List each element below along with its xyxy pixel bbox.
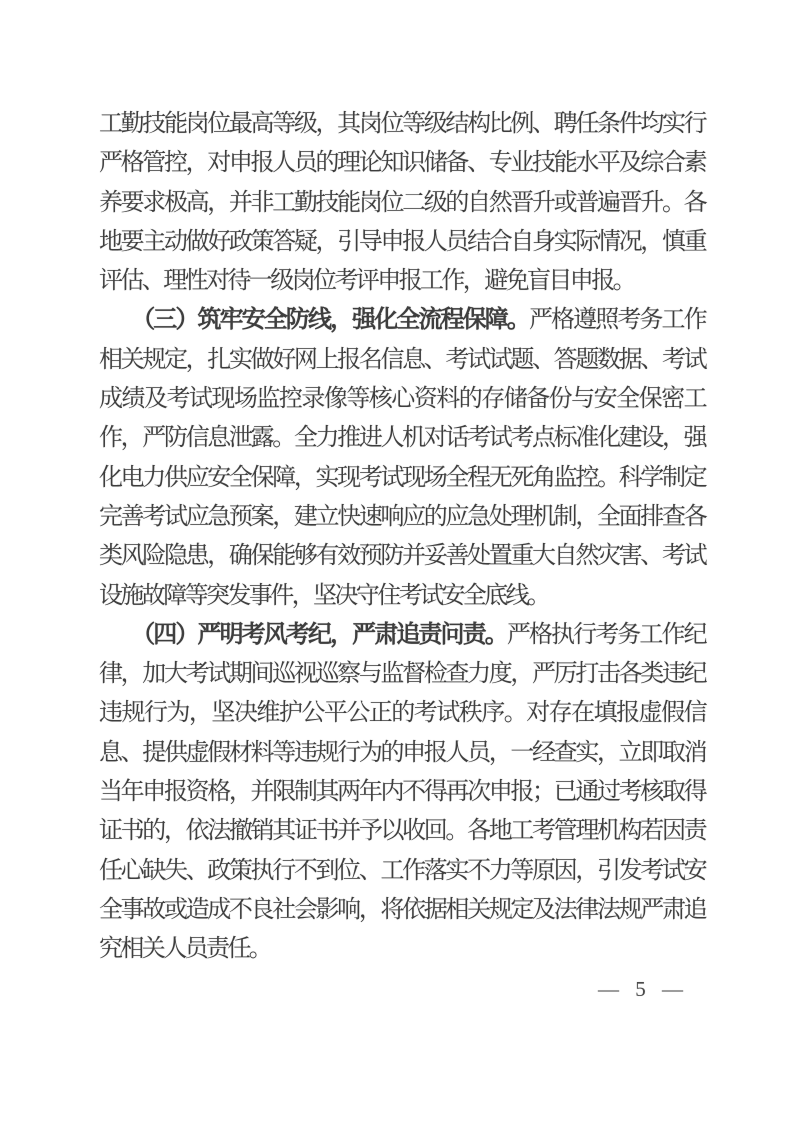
text-line-section-3-heading: （三）筑牢安全防线，强化全流程保障。严格遵照考务工作 xyxy=(99,301,705,340)
text-line: 证书的，依法撤销其证书并予以收回。各地工考管理机构若因责 xyxy=(99,812,705,851)
document-page: 工勤技能岗位最高等级，其岗位等级结构比例、聘任条件均实行 严格管控，对申报人员的… xyxy=(0,0,800,1131)
line-text: 证书的，依法撤销其证书并予以收回。各地工考管理机构若因责 xyxy=(99,818,705,844)
line-text: 究相关人员责任。 xyxy=(99,936,270,962)
line-text: 化电力供应安全保障，实现考试现场全程无死角监控。科学制定 xyxy=(99,465,705,491)
text-line: 工勤技能岗位最高等级，其岗位等级结构比例、聘任条件均实行 xyxy=(99,105,705,144)
line-text: 成绩及考试现场监控录像等核心资料的存储备份与安全保密工 xyxy=(99,386,705,412)
text-line: 全事故或造成不良社会影响，将依据相关规定及法律法规严肃追 xyxy=(99,891,705,930)
document-body: 工勤技能岗位最高等级，其岗位等级结构比例、聘任条件均实行 严格管控，对申报人员的… xyxy=(99,105,705,970)
line-text: 地要主动做好政策答疑，引导申报人员结合自身实际情况，慎重 xyxy=(99,229,705,255)
line-text: 严格管控，对申报人员的理论知识储备、专业技能水平及综合素 xyxy=(99,150,705,176)
paragraph-lead: （四）严明考风考纪，严肃追责问责。 xyxy=(99,622,507,648)
line-text: 违规行为，坚决维护公平公正的考试秩序。对存在填报虚假信 xyxy=(99,700,705,726)
text-line: 作，严防信息泄露。全力推进人机对话考试考点标准化建设，强 xyxy=(99,419,705,458)
line-text: 作，严防信息泄露。全力推进人机对话考试考点标准化建设，强 xyxy=(99,425,705,451)
paragraph-lead: （三）筑牢安全防线，强化全流程保障。 xyxy=(99,307,529,333)
line-text: 全事故或造成不良社会影响，将依据相关规定及法律法规严肃追 xyxy=(99,897,705,923)
text-line: 相关规定，扎实做好网上报名信息、考试试题、答题数据、考试 xyxy=(99,341,705,380)
text-line: 类风险隐患，确保能够有效预防并妥善处置重大自然灾害、考试 xyxy=(99,537,705,576)
line-text: 当年申报资格，并限制其两年内不得再次申报；已通过考核取得 xyxy=(99,779,705,805)
page-number: — 5 — xyxy=(598,977,688,1001)
text-line: 完善考试应急预案，建立快速响应的应急处理机制，全面排查各 xyxy=(99,498,705,537)
line-text: 律，加大考试期间巡视巡察与监督检查力度，严厉打击各类违纪 xyxy=(99,661,705,687)
line-text: 完善考试应急预案，建立快速响应的应急处理机制，全面排查各 xyxy=(99,504,705,530)
text-line: 当年申报资格，并限制其两年内不得再次申报；已通过考核取得 xyxy=(99,773,705,812)
text-line: 养要求极高，并非工勤技能岗位二级的自然晋升或普遍晋升。各 xyxy=(99,184,705,223)
text-line: 评估、理性对待一级岗位考评申报工作，避免盲目申报。 xyxy=(99,262,705,301)
line-text: 任心缺失、政策执行不到位、工作落实不力等原因，引发考试安 xyxy=(99,858,705,884)
line-text: 相关规定，扎实做好网上报名信息、考试试题、答题数据、考试 xyxy=(99,347,705,373)
line-text: 工勤技能岗位最高等级，其岗位等级结构比例、聘任条件均实行 xyxy=(99,111,705,137)
line-text: 严格执行考务工作纪 xyxy=(507,622,705,648)
text-line-section-4-heading: （四）严明考风考纪，严肃追责问责。严格执行考务工作纪 xyxy=(99,616,705,655)
text-line: 息、提供虚假材料等违规行为的申报人员，一经查实，立即取消 xyxy=(99,734,705,773)
text-line: 严格管控，对申报人员的理论知识储备、专业技能水平及综合素 xyxy=(99,144,705,183)
line-text: 养要求极高，并非工勤技能岗位二级的自然晋升或普遍晋升。各 xyxy=(99,190,705,216)
text-line: 地要主动做好政策答疑，引导申报人员结合自身实际情况，慎重 xyxy=(99,223,705,262)
line-text: 严格遵照考务工作 xyxy=(529,307,705,333)
text-line: 成绩及考试现场监控录像等核心资料的存储备份与安全保密工 xyxy=(99,380,705,419)
text-line: 任心缺失、政策执行不到位、工作落实不力等原因，引发考试安 xyxy=(99,852,705,891)
text-line: 化电力供应安全保障，实现考试现场全程无死角监控。科学制定 xyxy=(99,459,705,498)
text-line: 律，加大考试期间巡视巡察与监督检查力度，严厉打击各类违纪 xyxy=(99,655,705,694)
line-text: 类风险隐患，确保能够有效预防并妥善处置重大自然灾害、考试 xyxy=(99,543,705,569)
text-line: 设施故障等突发事件，坚决守住考试安全底线。 xyxy=(99,577,705,616)
text-line: 违规行为，坚决维护公平公正的考试秩序。对存在填报虚假信 xyxy=(99,694,705,733)
line-text: 设施故障等突发事件，坚决守住考试安全底线。 xyxy=(99,583,548,609)
line-text: 息、提供虚假材料等违规行为的申报人员，一经查实，立即取消 xyxy=(99,740,705,766)
text-line: 究相关人员责任。 xyxy=(99,930,705,969)
line-text: 评估、理性对待一级岗位考评申报工作，避免盲目申报。 xyxy=(99,268,634,294)
